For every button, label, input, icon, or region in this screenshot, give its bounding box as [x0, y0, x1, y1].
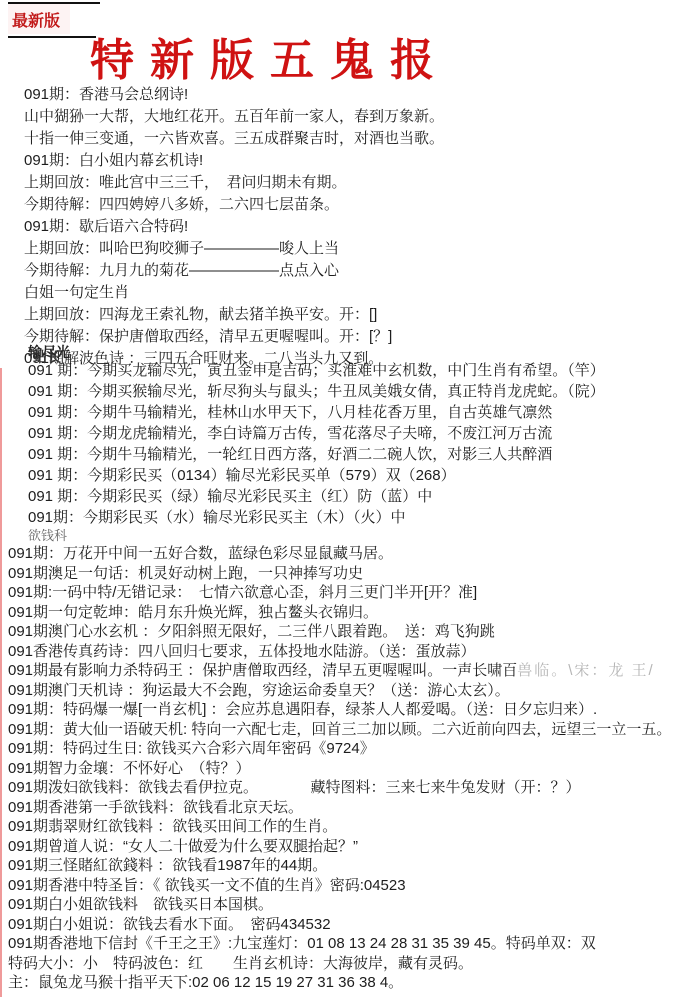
text-line: 上期回放：叫哈巴狗咬狮子—————唆人上当: [24, 238, 684, 260]
text-line: 白姐一句定生肖: [24, 282, 684, 304]
text-line: 091香港传真药诗：四八回归七要求，五体投地水陆游。（送：蛋放蒜）: [8, 642, 688, 662]
text-line: 091期香港中特圣旨：《 欲钱买一文不值的生肖》密码:04523: [8, 876, 688, 896]
text-line: 091 期：今期买龙输尽光，寅丑金申是吉码；买淮难中玄机数，中门生肖有希望。（竿…: [28, 360, 688, 381]
text-line: 091期：今期彩民买（水）输尽光彩民买主（木）（火）中: [28, 507, 688, 528]
text-line: 091期白小姐说：欲钱去看水下面。 密码434532: [8, 915, 688, 935]
badge-label: 最新版: [8, 4, 70, 34]
section-shujinguang: 输尽光 站长 091 期：今期买龙输尽光，寅丑金申是吉码；买淮难中玄机数，中门生…: [28, 342, 688, 528]
yuqianke-header: 欲钱科: [8, 528, 688, 544]
shatema-faded-text: 兽临。\宋：龙 王/: [517, 662, 655, 679]
text-line: 091期翡翠财红欲钱料 ：欲钱买田间工作的生肖。: [8, 817, 688, 837]
text-line: 091期：白小姐内幕玄机诗!: [24, 150, 684, 172]
text-line-with-faded-tail: 091期最有影响力杀特码王 ：保护唐僧取西经，清早五更喔喔叫。一声长啸百兽临。\…: [8, 661, 688, 681]
text-line: 091期香港地下信封《千王之王》:九宝莲灯：01 08 13 24 28 31 …: [8, 934, 688, 954]
text-line: 091期：特码爆一爆[一肖玄机] ：会应苏息遇阳春，绿茶人人都爱喝。（送：日夕忘…: [8, 700, 688, 720]
text-line: 091期一句定乾坤：皓月东升焕光辉，独占鳌头衣锦归。: [8, 603, 688, 623]
text-line: 091期:一码中特/无错记录： 七情六欲意心歪，斜月三更门半开[开？准]: [8, 583, 688, 603]
text-line: 091期曾道人说：“女人二十做爱为什么要双腿抬起？”: [8, 837, 688, 857]
badge-bottom-rule: [8, 36, 96, 38]
text-line: 主：鼠兔龙马猴十指平天下:02 06 12 15 19 27 31 36 38 …: [8, 973, 688, 993]
section-poems: 091期：香港马会总纲诗! 山中猢狲一大帮，大地红花开。五百年前一家人，春到万象…: [24, 84, 684, 370]
page-title: 特新版五鬼报: [90, 24, 650, 88]
header-overlap-text: 站长: [33, 347, 61, 367]
left-margin-rule: [0, 368, 2, 997]
text-line: 091期三怪賭紅欲錢料 ：欲钱看1987年的44期。: [8, 856, 688, 876]
section-yuqianke: 欲钱科 091期：万花开中间一五好合数，蓝绿色彩尽显鼠藏马居。 091期澳足一句…: [8, 528, 688, 993]
text-line: 091 期：今期龙虎输精光，李白诗篇万古传，雪花落尽子夫啼，不废江河万古流: [28, 423, 688, 444]
text-line: 091期：香港马会总纲诗!: [24, 84, 684, 106]
shujinguang-header: 输尽光 站长: [28, 342, 88, 360]
shatema-main-text: 091期最有影响力杀特码王 ：保护唐僧取西经，清早五更喔喔叫。一声长啸百: [8, 662, 517, 679]
text-line: 091期：万花开中间一五好合数，蓝绿色彩尽显鼠藏马居。: [8, 544, 688, 564]
text-line: 091期：歇后语六合特码!: [24, 216, 684, 238]
text-line: 091期香港第一手欲钱料：欲钱看北京天坛。: [8, 798, 688, 818]
text-line: 091期澳门天机诗 ：狗运最大不会跑，穷途运命委皇天？（送：游心太玄）。: [8, 681, 688, 701]
text-line: 091 期：今期彩民买（绿）输尽光彩民买主（红）防（蓝）中: [28, 486, 688, 507]
text-line: 上期回放：四海龙王索礼物，献去猪羊换平安。开：[]: [24, 304, 684, 326]
text-line: 091 期：今期牛马输精光，桂林山水甲天下，八月桂花香万里，自古英雄气凛然: [28, 402, 688, 423]
text-line: 今期待解：九月九的菊花——————点点入心: [24, 260, 684, 282]
five-ghosts-report-page: 最新版 特新版五鬼报 091期：香港马会总纲诗! 山中猢狲一大帮，大地红花开。五…: [0, 0, 693, 997]
text-line: 091 期：今期牛马输精光，一轮红日西方落，好酒二二碗人饮，对影三人共醉酒: [28, 444, 688, 465]
text-line: 091期澳足一句话：机灵好动树上跑，一只神捧写功史: [8, 564, 688, 584]
text-line: 091期：特码过生日: 欲钱买六合彩六周年密码《9724》: [8, 739, 688, 759]
text-line: 山中猢狲一大帮，大地红花开。五百年前一家人，春到万象新。: [24, 106, 684, 128]
text-line: 091期智力金壤：不怀好心 （特？）: [8, 759, 688, 779]
text-line: 091期：黄大仙一语破天机: 特向一六配七走，回首三二加以顾。二六近前向四去，远…: [8, 720, 688, 740]
text-line: 091期澳门心水玄机 ：夕阳斜照无限好，二三伴八跟着跑。 送：鸡飞狗跳: [8, 622, 688, 642]
text-line: 十指一伸三变通，一六皆欢喜。三五成群聚吉时，对酒也当歌。: [24, 128, 684, 150]
text-line: 091期泼妇欲钱料：欲钱去看伊拉克。 藏特图料：三来七来牛兔发财（开：？）: [8, 778, 688, 798]
text-line: 今期待解：四四娉婷八多娇，二六四七层苗条。: [24, 194, 684, 216]
text-line: 091 期：今期买猴输尽光，斩尽狗头与鼠头；牛丑凤美娥女倩，真正特肖龙虎蛇。（院…: [28, 381, 688, 402]
text-line: 上期回放：唯此宫中三三千， 君问归期未有期。: [24, 172, 684, 194]
text-line: 091 期：今期彩民买（0134）输尽光彩民买单（579）双（268）: [28, 465, 688, 486]
text-line: 091期白小姐欲钱料 欲钱买日本国棋。: [8, 895, 688, 915]
text-line: 特码大小：小 特码波色：红 生肖玄机诗：大海彼岸，藏有灵码。: [8, 954, 688, 974]
